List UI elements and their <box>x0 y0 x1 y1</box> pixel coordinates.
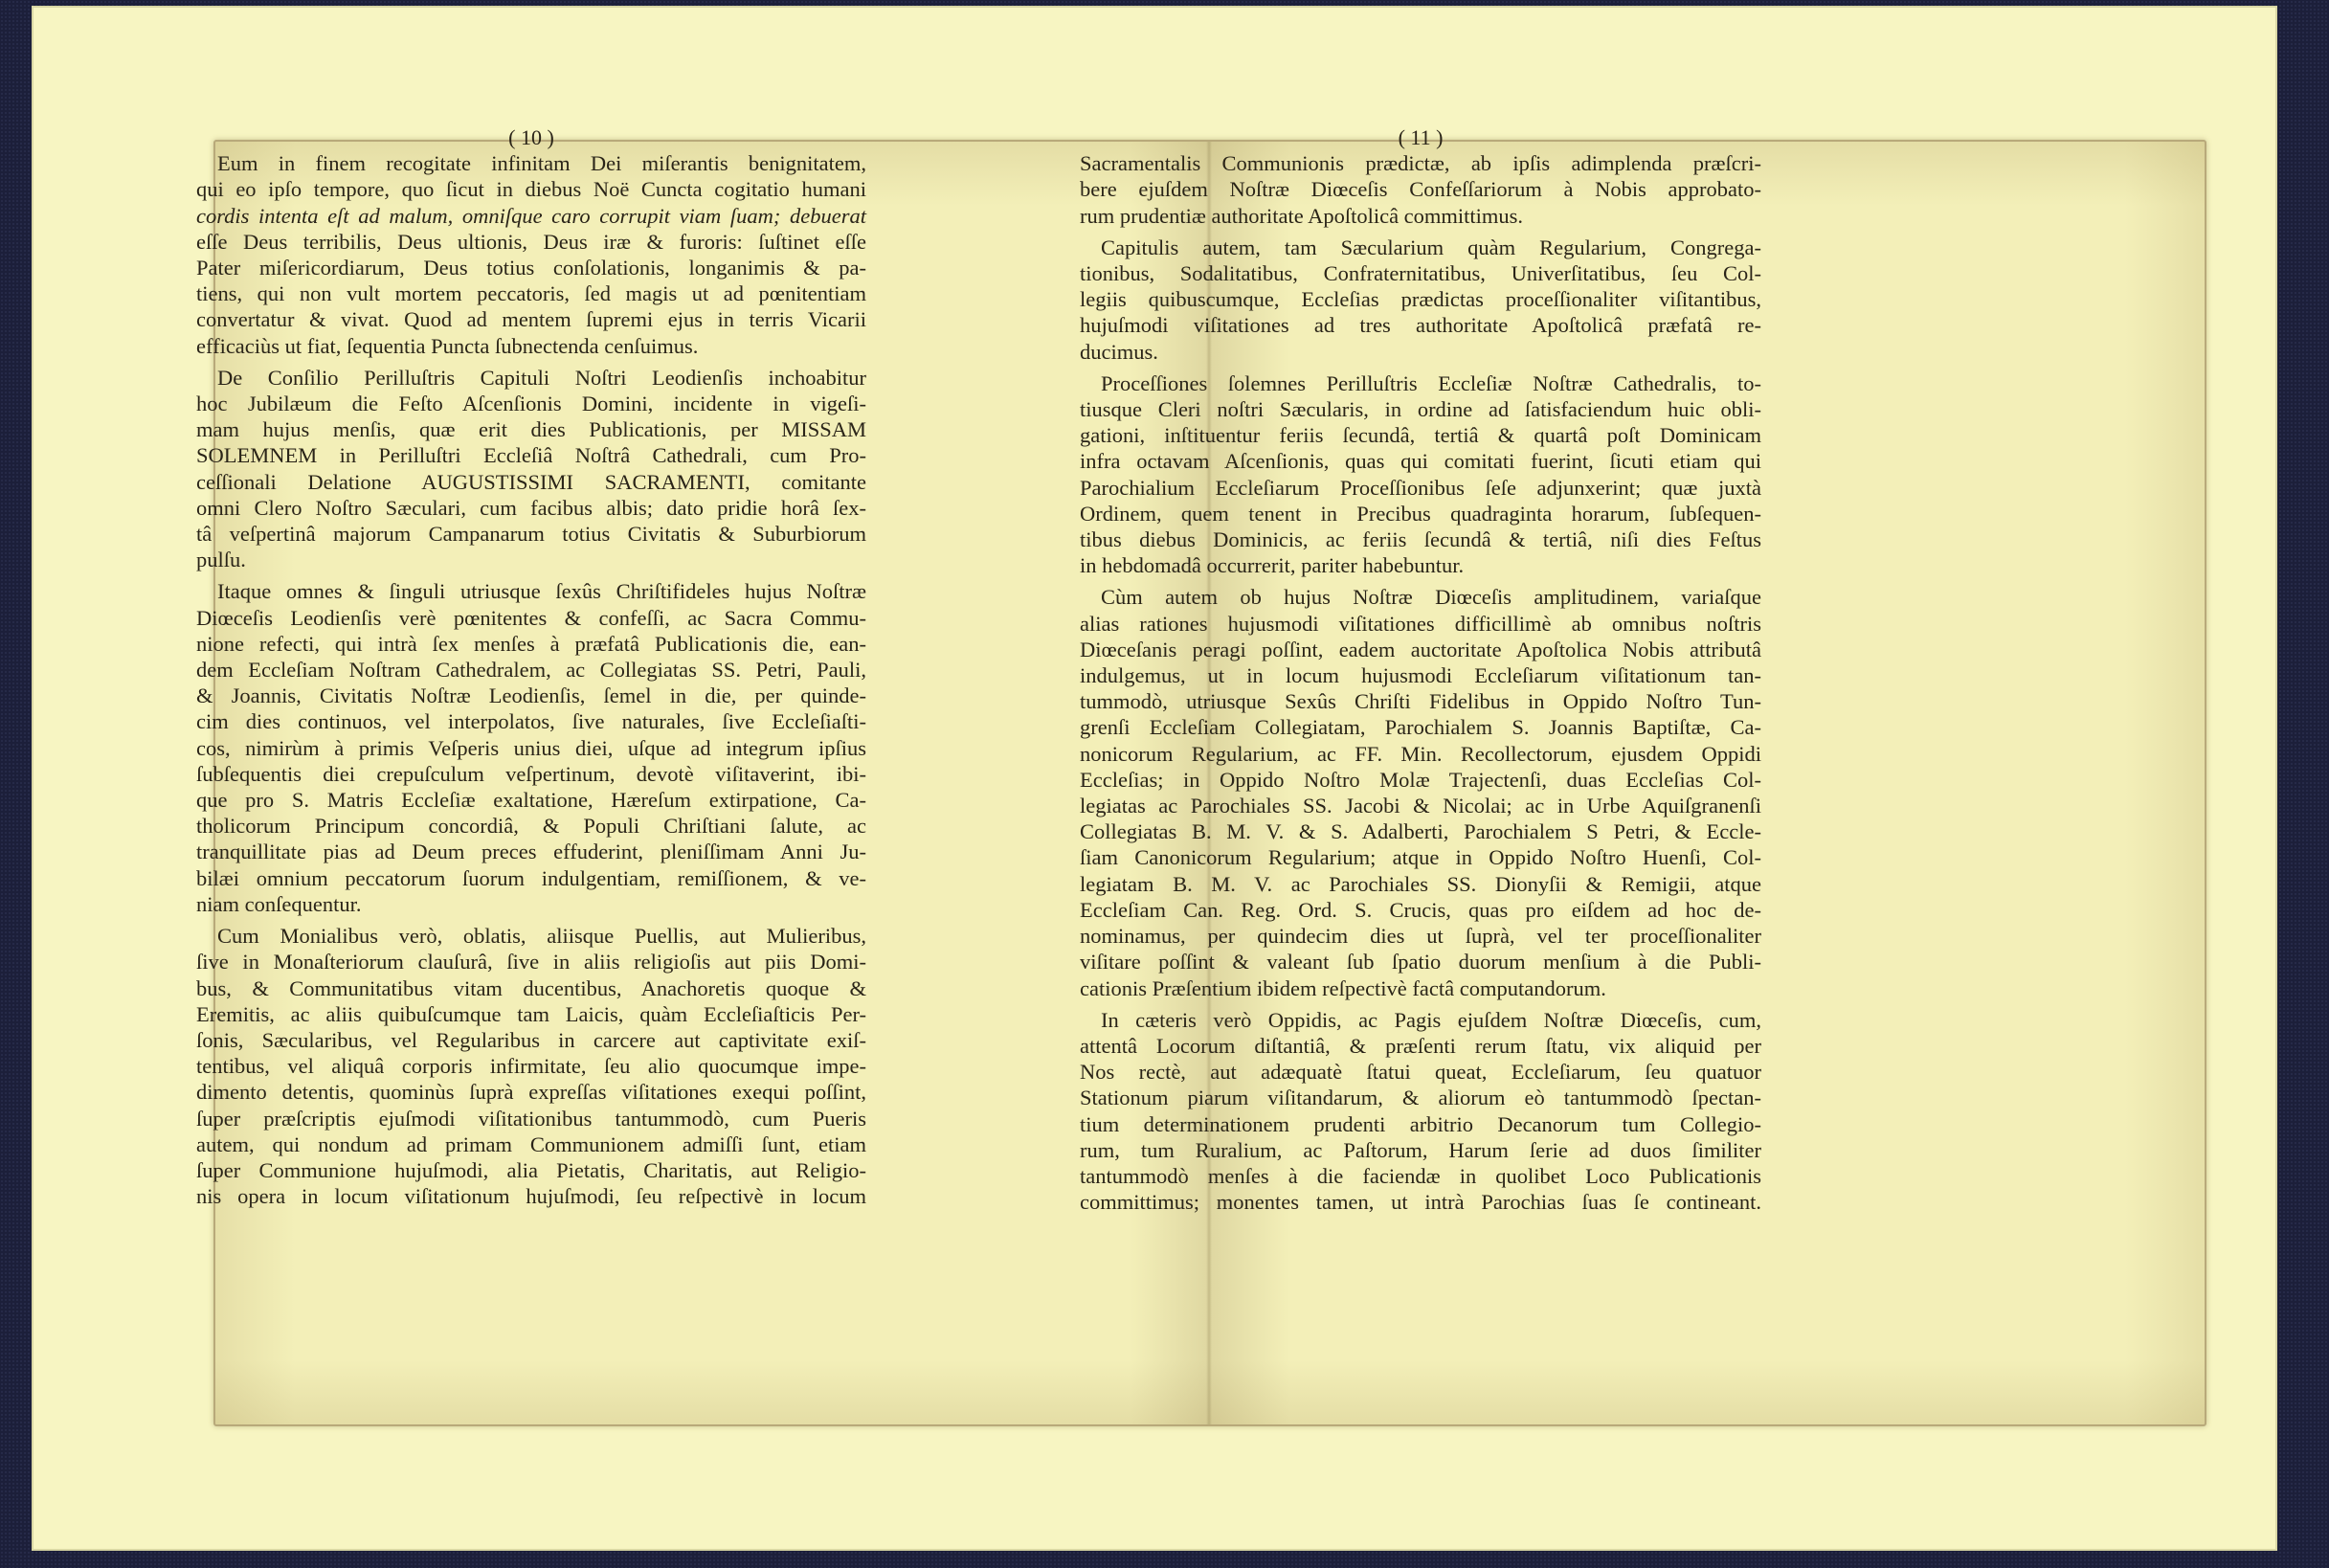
text-line: convertatur & vivat. Quod ad mentem ſupr… <box>196 306 866 332</box>
text-line: niam conſequentur. <box>196 891 866 917</box>
text-line: Pater miſericordiarum, Deus totius conſo… <box>196 255 866 280</box>
text-line: rum, tum Ruralium, ac Paſtorum, Harum ſe… <box>1080 1137 1761 1163</box>
text-line: bus, & Communitatibus vitam ducentibus, … <box>196 975 866 1001</box>
text-line: nione refecti, qui intrà ſex menſes à pr… <box>196 631 866 657</box>
text-line: cordis intenta eſt ad malum, omniſque ca… <box>196 203 866 229</box>
text-line: Cum Monialibus verò, oblatis, aliisque P… <box>196 923 866 949</box>
text-line: tium determinationem prudenti arbitrio D… <box>1080 1111 1761 1137</box>
text-line: ſuper præſcriptis ejuſmodi viſitationibu… <box>196 1106 866 1131</box>
text-line: ſuper Communione hujuſmodi, alia Pietati… <box>196 1157 866 1183</box>
text-line: legiis quibuscumque, Eccleſias prædictas… <box>1080 286 1761 312</box>
text-line: Diœceſanis peragi poſſint, eadem auctori… <box>1080 637 1761 662</box>
text-line: grenſi Eccleſiam Collegiatam, Parochiale… <box>1080 714 1761 740</box>
text-line: Ordinem, quem tenent in Precibus quadrag… <box>1080 501 1761 526</box>
text-line: tentibus, vel aliquâ corporis infirmitat… <box>196 1053 866 1079</box>
text-line: tionibus, Sodalitatibus, Confraternitati… <box>1080 260 1761 286</box>
text-line: nonicorum Regularium, ac FF. Min. Recoll… <box>1080 741 1761 767</box>
text-line: alias rationes hujusmodi viſitationes di… <box>1080 611 1761 637</box>
text-line: Eremitis, ac aliis quibuſcumque tam Laic… <box>196 1001 866 1027</box>
text-line: Diœceſis Leodienſis verè pœnitentes & co… <box>196 605 866 631</box>
text-line: tholicorum Principum concordiâ, & Populi… <box>196 813 866 839</box>
text-line: dimento detentis, quominùs ſuprà expreſſ… <box>196 1079 866 1105</box>
text-line: Capitulis autem, tam Sæcularium quàm Reg… <box>1080 235 1761 260</box>
text-line: ſiam Canonicorum Regularium; atque in Op… <box>1080 844 1761 870</box>
text-line: gationi, inſtituentur feriis ſecundâ, te… <box>1080 422 1761 448</box>
text-line: tâ veſpertinâ majorum Campanarum totius … <box>196 521 866 547</box>
text-line: Stationum piarum viſitandarum, & aliorum… <box>1080 1085 1761 1110</box>
text-line: cos, nimirùm à primis Veſperis unius die… <box>196 735 866 761</box>
text-line: omni Clero Noſtro Sæculari, cum facibus … <box>196 495 866 521</box>
text-line: tranquillitate pias ad Deum preces effud… <box>196 839 866 864</box>
text-line: legiatam B. M. V. ac Parochiales SS. Dio… <box>1080 871 1761 897</box>
text-line: infra octavam Aſcenſionis, quas qui comi… <box>1080 448 1761 474</box>
right-page-text: Sacramentalis Communionis prædictæ, ab i… <box>1080 150 1761 1215</box>
text-line: que pro S. Matris Eccleſiæ exaltatione, … <box>196 787 866 813</box>
text-line: Nos rectè, aut adæquatè ſtatui queat, Ec… <box>1080 1059 1761 1085</box>
text-line: Eum in finem recogitate infinitam Dei mi… <box>196 150 866 176</box>
text-line: nominamus, per quindecim dies ut ſuprà, … <box>1080 923 1761 949</box>
text-line: ſubſequentis diei crepuſculum veſpertinu… <box>196 761 866 787</box>
text-line: ducimus. <box>1080 339 1761 365</box>
left-page: ( 10 ) Eum in finem recogitate infinitam… <box>196 124 866 1209</box>
text-line: efficaciùs ut fiat, ſequentia Puncta ſub… <box>196 333 866 359</box>
text-line: qui eo ipſo tempore, quo ſicut in diebus… <box>196 176 866 202</box>
text-line: hujuſmodi viſitationes ad tres authorita… <box>1080 312 1761 338</box>
text-line: eſſe Deus terribilis, Deus ultionis, Deu… <box>196 229 866 255</box>
text-line: Cùm autem ob hujus Noſtræ Diœceſis ampli… <box>1080 584 1761 610</box>
text-line: Parochialium Eccleſiarum Proceſſionibus … <box>1080 475 1761 501</box>
text-line: Eccleſias; in Oppido Noſtro Molæ Traject… <box>1080 767 1761 793</box>
text-line: tiens, qui non vult mortem peccatoris, ſ… <box>196 280 866 306</box>
text-line: tibus diebus Dominicis, ac feriis ſecund… <box>1080 526 1761 552</box>
text-line: tantummodò menſes à die faciendæ in quol… <box>1080 1163 1761 1189</box>
text-line: tiusque Cleri noſtri Sæcularis, in ordin… <box>1080 396 1761 422</box>
text-line: SOLEMNEM in Perilluſtri Eccleſiâ Noſtrâ … <box>196 442 866 468</box>
text-line: pulſu. <box>196 547 866 572</box>
text-line: ſonis, Sæcularibus, vel Regularibus in c… <box>196 1027 866 1053</box>
text-line: & Joannis, Civitatis Noſtræ Leodienſis, … <box>196 683 866 708</box>
text-line: nis opera in locum viſitationum hujuſmod… <box>196 1183 866 1209</box>
text-line: ſive in Monaſteriorum clauſurâ, ſive in … <box>196 949 866 974</box>
text-line: in hebdomadâ occurrerit, pariter habebun… <box>1080 552 1761 578</box>
text-line: autem, qui nondum ad primam Communionem … <box>196 1131 866 1157</box>
text-line: tummodò, utriusque Sexûs Chriſti Fidelib… <box>1080 688 1761 714</box>
text-line: Itaque omnes & ſinguli utriusque ſexûs C… <box>196 578 866 604</box>
text-line: cationis Præſentium ibidem reſpectivè fa… <box>1080 975 1761 1001</box>
text-line: mam hujus menſis, quæ erit dies Publicat… <box>196 416 866 442</box>
text-line: dem Eccleſiam Noſtram Cathedralem, ac Co… <box>196 657 866 683</box>
text-line: De Conſilio Perilluſtris Capituli Noſtri… <box>196 365 866 391</box>
page-number-left: ( 10 ) <box>196 124 866 150</box>
text-line: Eccleſiam Can. Reg. Ord. S. Crucis, quas… <box>1080 897 1761 923</box>
text-line: cim dies continuos, vel interpolatos, ſi… <box>196 708 866 734</box>
text-line: bere ejuſdem Noſtræ Diœceſis Confeſſario… <box>1080 176 1761 202</box>
text-line: committimus; monentes tamen, ut intrà Pa… <box>1080 1189 1761 1215</box>
text-line: Collegiatas B. M. V. & S. Adalberti, Par… <box>1080 818 1761 844</box>
text-line: ceſſionali Delatione AUGUSTISSIMI SACRAM… <box>196 469 866 495</box>
text-line: viſitare poſſint & valeant ſub ſpatio du… <box>1080 949 1761 974</box>
text-line: In cæteris verò Oppidis, ac Pagis ejuſde… <box>1080 1007 1761 1033</box>
text-line: legiatas ac Parochiales SS. Jacobi & Nic… <box>1080 793 1761 818</box>
page-number-right: ( 11 ) <box>1080 124 1761 150</box>
text-line: rum prudentiæ authoritate Apoſtolicâ com… <box>1080 203 1761 229</box>
text-line: bilæi omnium peccatorum ſuorum indulgent… <box>196 865 866 891</box>
text-line: Proceſſiones ſolemnes Perilluſtris Eccle… <box>1080 370 1761 396</box>
right-page: ( 11 ) Sacramentalis Communionis prædict… <box>1080 124 1761 1215</box>
text-line: indulgemus, ut in locum hujusmodi Eccleſ… <box>1080 662 1761 688</box>
text-line: attentâ Locorum diſtantiâ, & præſenti re… <box>1080 1033 1761 1059</box>
left-page-text: Eum in finem recogitate infinitam Dei mi… <box>196 150 866 1209</box>
text-line: hoc Jubilæum die Feſto Aſcenſionis Domin… <box>196 391 866 416</box>
text-line: Sacramentalis Communionis prædictæ, ab i… <box>1080 150 1761 176</box>
